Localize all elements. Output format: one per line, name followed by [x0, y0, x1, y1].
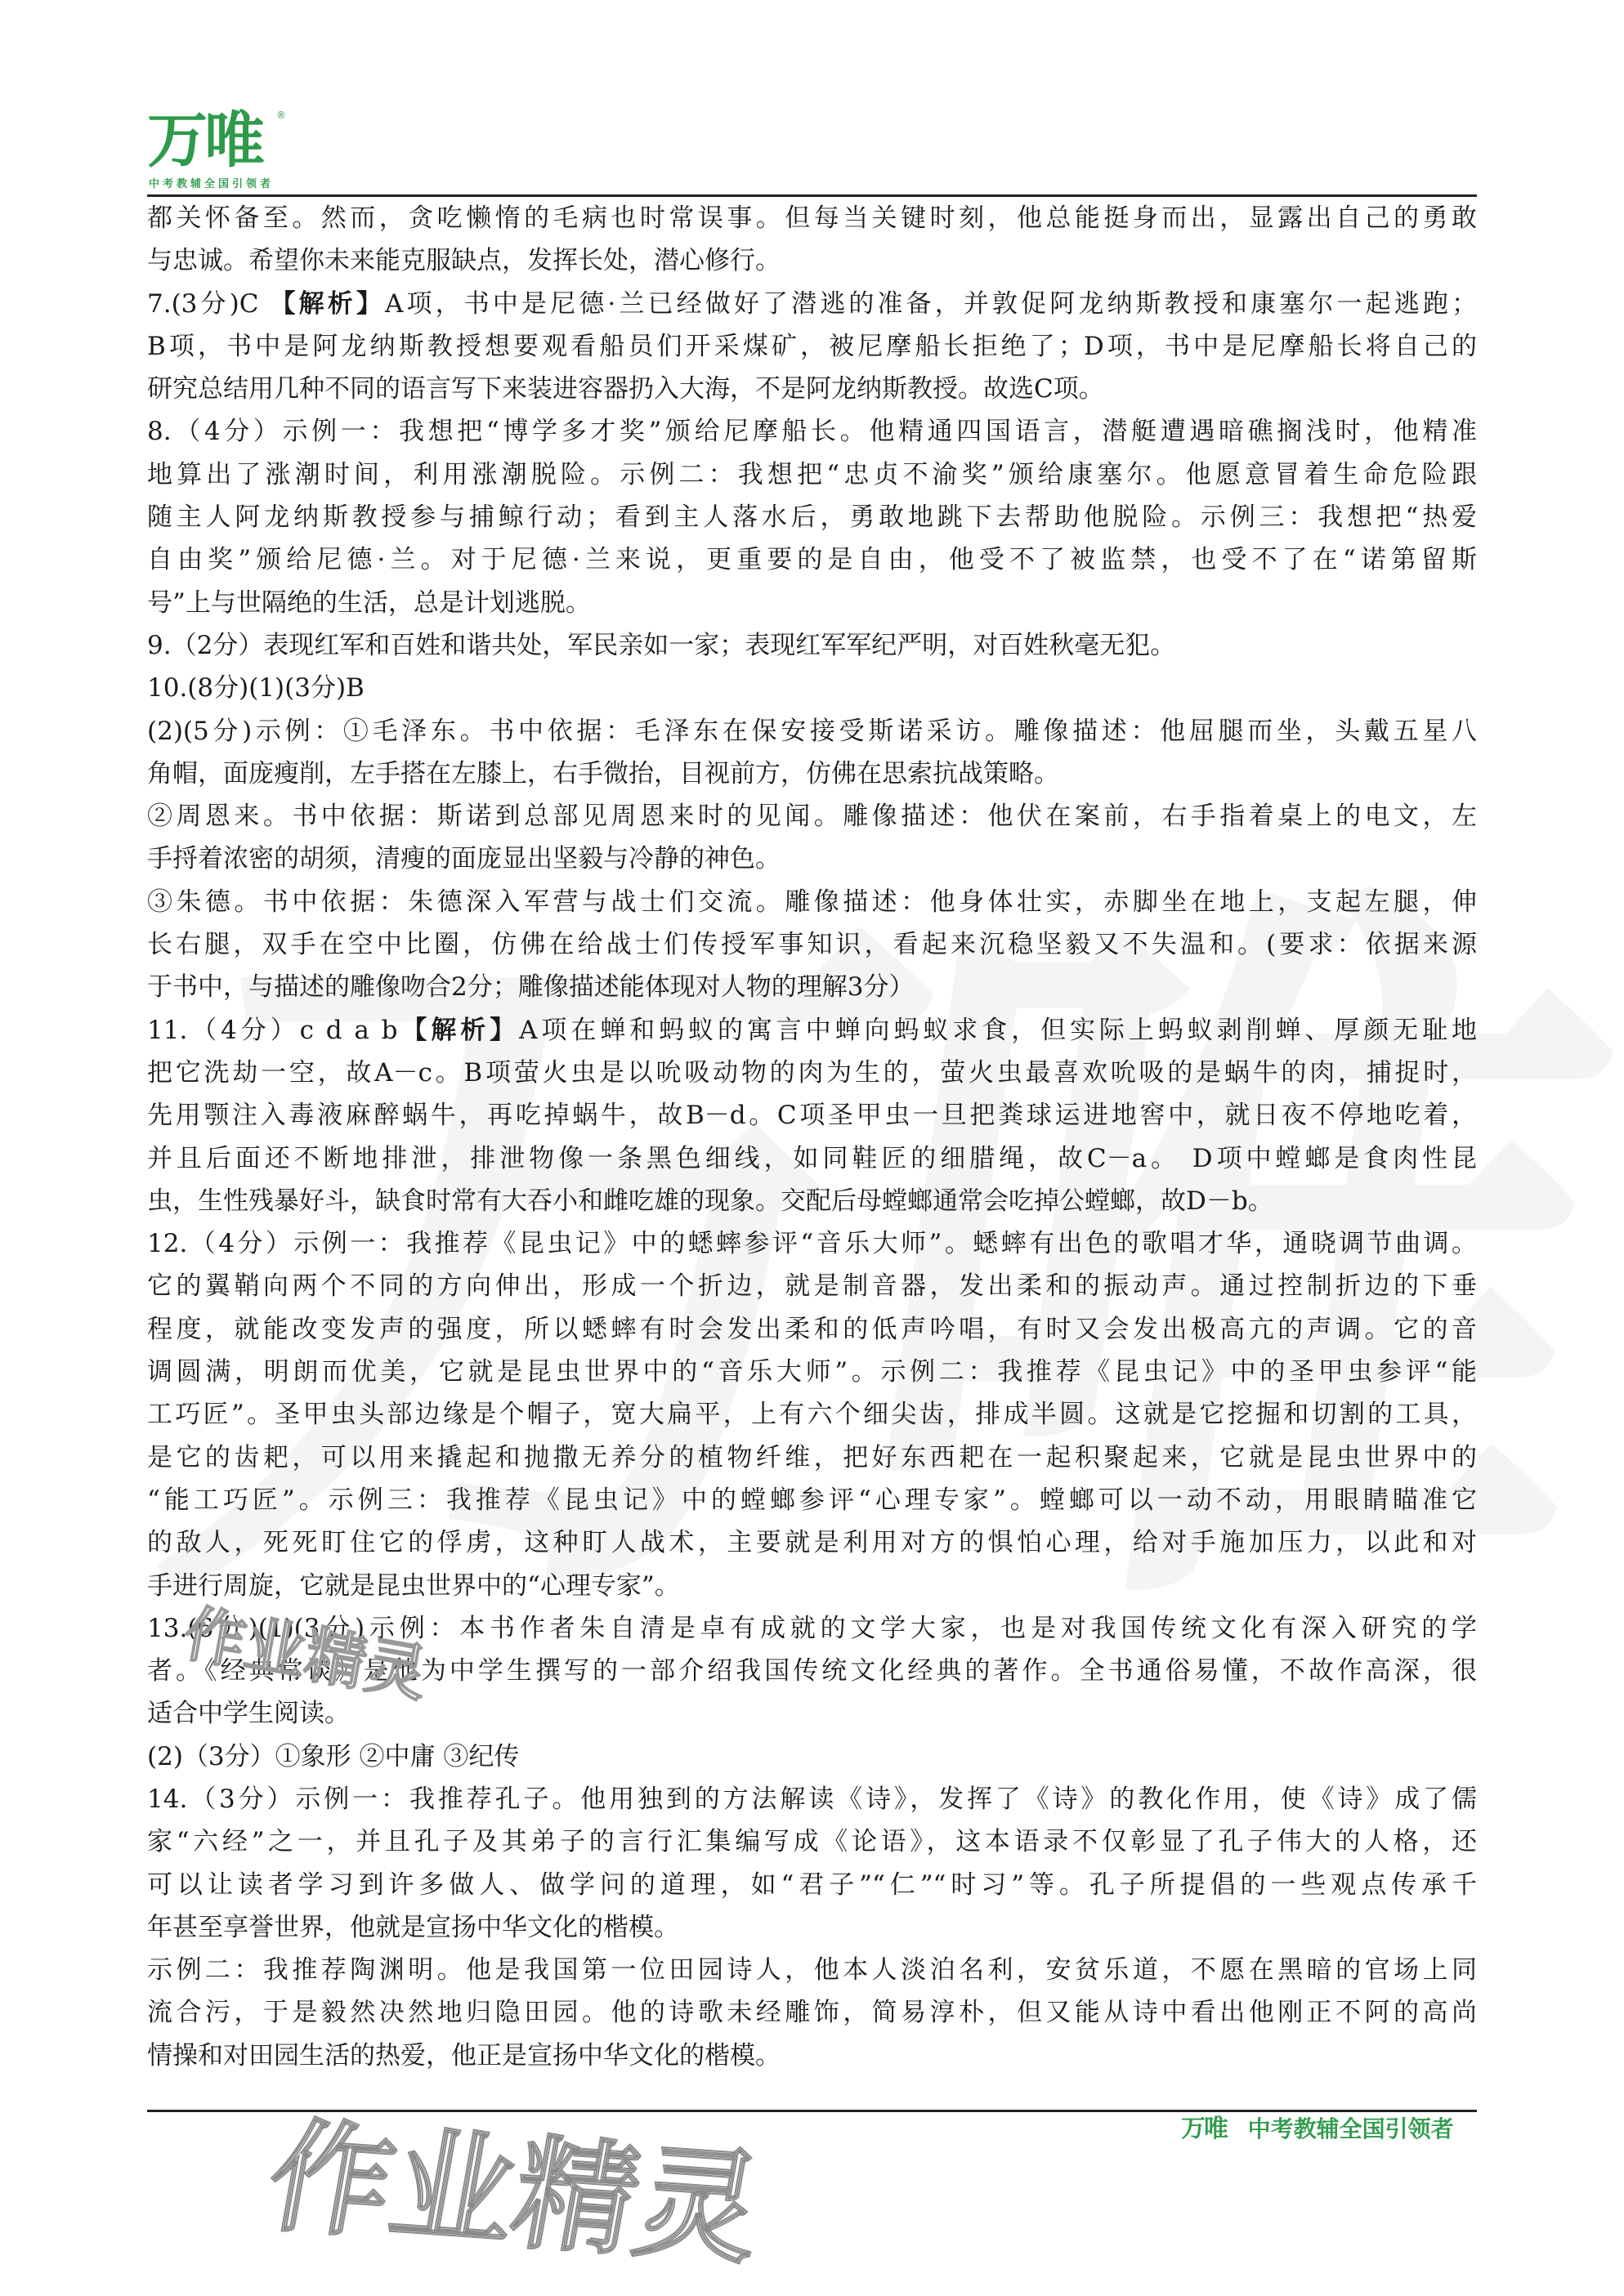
- footer-brand: 万唯 中考教辅全国引领者: [1181, 2108, 1454, 2141]
- text-line: ②周恩来。书中依据：斯诺到总部见周恩来时的见闻。雕像描述：他伏在案前，右手指着桌…: [147, 795, 1477, 838]
- text-line: 8.（4分）示例一：我想把“博学多才奖”颁给尼摩船长。他精通四国语言，潜艇遭遇暗…: [147, 410, 1477, 453]
- text-line: 者。《经典常谈》是他为中学生撰写的一部介绍我国传统文化经典的著作。全书通俗易懂，…: [147, 1650, 1477, 1692]
- text-line: 自由奖”颁给尼德·兰。对于尼德·兰来说，更重要的是自由，他受不了被监禁，也受不了…: [147, 538, 1477, 581]
- text-line: 13.(6分)(1)(3分)示例：本书作者朱自清是卓有成就的文学大家，也是对我国…: [147, 1607, 1477, 1650]
- text-line: 调圆满，明朗而优美，它就是昆虫世界中的“音乐大师”。示例二：我推荐《昆虫记》中的…: [147, 1351, 1477, 1393]
- text-line: 是它的齿耙，可以用来撬起和抛撒无养分的植物纤维，把好东西耙在一起积聚起来，它就是…: [147, 1436, 1477, 1479]
- text-line: 先用颚注入毒液麻醉蜗牛，再吃掉蜗牛，故B－d。C项圣甲虫一旦把粪球运进地窖中，就…: [147, 1094, 1477, 1137]
- text-line: 程度，就能改变发声的强度，所以蟋蟀有时会发出柔和的低声吟唱，有时又会发出极高亢的…: [147, 1308, 1477, 1351]
- text-line: 10.(8分)(1)(3分)B: [147, 667, 1477, 709]
- text-line: 年甚至享誉世界，他就是宣扬中华文化的楷模。: [147, 1906, 1477, 1949]
- text-line: 情操和对田园生活的热爱，他正是宣扬中华文化的楷模。: [147, 2035, 1477, 2077]
- text-line: 随主人阿龙纳斯教授参与捕鲸行动；看到主人落水后，勇敢地跳下去帮助他脱险。示例三：…: [147, 496, 1477, 538]
- text-line: B项，书中是阿龙纳斯教授想要观看船员们开采煤矿，被尼摩船长拒绝了；D项，书中是尼…: [147, 325, 1477, 368]
- text-line: 号”上与世隔绝的生活，总是计划逃脱。: [147, 582, 1477, 624]
- text-line: 可以让读者学习到许多做人、做学问的道理，如“君子”“仁”“时习”等。孔子所提倡的…: [147, 1864, 1477, 1906]
- text-line: 工巧匠”。圣甲虫头部边缘是个帽子，宽大扁平，上有六个细尖齿，排成半圆。这就是它挖…: [147, 1393, 1477, 1436]
- text-line: 与忠诚。希望你未来能克服缺点，发挥长处，潜心修行。: [147, 239, 1477, 282]
- footer-slogan: 中考教辅全国引领者: [1248, 2115, 1454, 2142]
- text-line: 示例二：我推荐陶渊明。他是我国第一位田园诗人，他本人淡泊名利，安贫乐道，不愿在黑…: [147, 1949, 1477, 1991]
- analysis-label: 【解析】: [398, 1016, 520, 1045]
- text-line: 长右腿，双手在空中比圈，仿佛在给战士们传授军事知识，看起来沉稳坚毅又不失温和。(…: [147, 923, 1477, 966]
- text-line: 11.（4分）c d a b【解析】A项在蝉和蚂蚁的寓言中蝉向蚂蚁求食，但实际上…: [147, 1009, 1477, 1052]
- text-line: 手进行周旋，它就是昆虫世界中的“心理专家”。: [147, 1565, 1477, 1607]
- text-line: 于书中，与描述的雕像吻合2分；雕像描述能体现对人物的理解3分）: [147, 966, 1477, 1008]
- text-line: 研究总结用几种不同的语言写下来装进容器扔入大海，不是阿龙纳斯教授。故选C项。: [147, 368, 1477, 410]
- text-line: “能工巧匠”。示例三：我推荐《昆虫记》中的螳螂参评“心理专家”。螳螂可以一动不动…: [147, 1479, 1477, 1521]
- text-line: (2)(5分)示例：①毛泽东。书中依据：毛泽东在保安接受斯诺采访。雕像描述：他屈…: [147, 710, 1477, 753]
- text-line: 把它洗劫一空，故A－c。B项萤火虫是以吮吸动物的肉为生的，萤火虫最喜欢吮吸的是蜗…: [147, 1052, 1477, 1094]
- text-line: 家“六经”之一，并且孔子及其弟子的言行汇集编写成《论语》，这本语录不仅彰显了孔子…: [147, 1820, 1477, 1863]
- text-line: 9.（2分）表现红军和百姓和谐共处，军民亲如一家；表现红军军纪严明，对百姓秋毫无…: [147, 624, 1477, 667]
- brand-slogan: 中考教辅全国引领者: [149, 175, 274, 190]
- brand-logo: 万唯 ® 中考教辅全国引领者: [147, 108, 286, 190]
- brand-logo-text: 万唯: [147, 108, 262, 173]
- text-line: ③朱德。书中依据：朱德深入军营与战士们交流。雕像描述：他身体壮实，赤脚坐在地上，…: [147, 881, 1477, 923]
- registered-mark-icon: ®: [276, 109, 286, 121]
- text-line: 12.（4分）示例一：我推荐《昆虫记》中的蟋蟀参评“音乐大师”。蟋蟀有出色的歌唱…: [147, 1222, 1477, 1265]
- text-line: (2)（3分）①象形 ②中庸 ③纪传: [147, 1735, 1477, 1778]
- text-line: 的敌人，死死盯住它的俘虏，这种盯人战术，主要就是利用对方的惧怕心理，给对手施加压…: [147, 1521, 1477, 1564]
- text-line: 14.（3分）示例一：我推荐孔子。他用独到的方法解读《诗》，发挥了《诗》的教化作…: [147, 1778, 1477, 1820]
- footer-logo-text: 万唯: [1181, 2115, 1227, 2143]
- text-line: 流合污，于是毅然决然地归隐田园。他的诗歌未经雕饰，简易淳朴，但又能从诗中看出他刚…: [147, 1991, 1477, 2034]
- text-line: 手捋着浓密的胡须，清瘦的面庞显出坚毅与冷静的神色。: [147, 838, 1477, 880]
- text-line: 它的翼鞘向两个不同的方向伸出，形成一个折边，就是制音器，发出柔和的振动声。通过控…: [147, 1265, 1477, 1307]
- text-line: 并且后面还不断地排泄，排泄物像一条黑色细线，如同鞋匠的细腊绳，故C－a。 D项中…: [147, 1137, 1477, 1180]
- text-line: 虫，生性残暴好斗，缺食时常有大吞小和雌吃雄的现象。交配后母螳螂通常会吃掉公螳螂，…: [147, 1180, 1477, 1222]
- text-line: 7.(3分)C 【解析】A项，书中是尼德·兰已经做好了潜逃的准备，并敦促阿龙纳斯…: [147, 283, 1477, 325]
- text-line: 适合中学生阅读。: [147, 1692, 1477, 1735]
- answer-body: 都关怀备至。然而，贪吃懒惰的毛病也时常误事。但每当关键时刻，他总能挺身而出，显露…: [147, 197, 1477, 2077]
- text-line: 地算出了涨潮时间，利用涨潮脱险。示例二：我想把“忠贞不渝奖”颁给康塞尔。他愿意冒…: [147, 453, 1477, 496]
- text-line: 都关怀备至。然而，贪吃懒惰的毛病也时常误事。但每当关键时刻，他总能挺身而出，显露…: [147, 197, 1477, 239]
- outline-watermark-large: 作业精灵: [258, 2108, 772, 2280]
- text-line: 角帽，面庞瘦削，左手搭在左膝上，右手微抬，目视前方，仿佛在思索抗战策略。: [147, 753, 1477, 795]
- analysis-label: 【解析】: [270, 289, 385, 319]
